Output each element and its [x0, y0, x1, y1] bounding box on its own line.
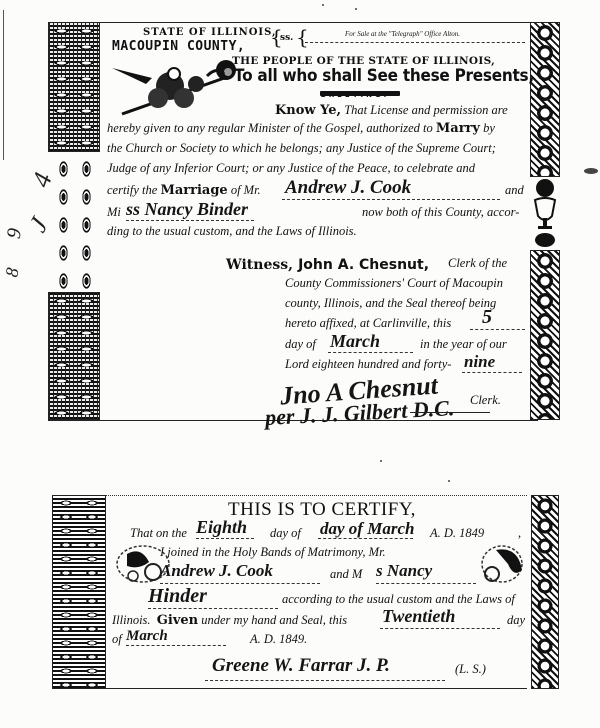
bride-first-cert-handwritten: s Nancy	[376, 561, 432, 581]
left-ornamental-border-bottom	[48, 292, 100, 420]
license-body-line-4: Judge of any Inferior Court; or any Just…	[107, 161, 475, 176]
bride-first-cert-line	[376, 583, 476, 584]
margin-note-3: 9	[3, 227, 27, 241]
clerk-suffix: Clerk.	[470, 393, 501, 408]
signature-underline	[410, 412, 490, 413]
seal-mark: (L. S.)	[455, 662, 486, 677]
and-miss-label: and M	[330, 567, 362, 582]
certificate-line-6-prefix: of	[112, 632, 122, 647]
certificate-title: THIS IS TO CERTIFY,	[228, 499, 416, 521]
scan-speck	[448, 480, 450, 482]
issue-year-line	[462, 372, 522, 373]
know-ye-line: Know Ye, That License and permission are	[275, 103, 508, 118]
certificate-line-1-prefix: That on the	[130, 526, 187, 541]
officiant-signature-handwritten: Greene W. Farrar J. P.	[212, 655, 390, 677]
given-word: Given	[157, 613, 198, 628]
license-body-line-5: certify the Marriage of Mr.	[107, 183, 261, 198]
floral-torch-emblem-icon	[112, 58, 240, 120]
issue-month-handwritten: March	[330, 331, 380, 352]
county-heading: MACOUPIN COUNTY,	[112, 39, 245, 54]
and-word: and	[505, 183, 524, 198]
given-month-line	[126, 645, 226, 646]
issue-day-handwritten: 5	[482, 306, 492, 329]
certificate-left-border	[52, 495, 106, 689]
greeting-heading: GREETING.	[320, 91, 400, 96]
scan-speck	[584, 168, 598, 174]
marriage-month-handwritten: day of March	[320, 519, 414, 539]
header-dashed-rule	[305, 42, 525, 43]
bride-name-handwritten: ss Nancy Binder	[126, 199, 248, 220]
groom-name-handwritten: Andrew J. Cook	[285, 177, 411, 199]
certificate-line-1-comma: ,	[518, 526, 521, 541]
groom-name-cert-handwritten: Andrew J. Cook	[160, 561, 273, 581]
marriage-word: Marriage	[160, 183, 227, 198]
bird-emblem-right-icon	[478, 540, 528, 590]
left-ornamental-border-top	[48, 22, 100, 152]
witness-line-7: Lord eighteen hundred and forty-	[285, 357, 451, 372]
certificate-line-1-ad: A. D. 1849	[430, 526, 484, 541]
bride-last-cert-line	[148, 608, 278, 609]
marry-word: Marry	[436, 121, 480, 136]
license-body-line-3: the Church or Society to which he belong…	[107, 141, 496, 156]
license-body-line-2: hereby given to any regular Minister of …	[107, 121, 495, 136]
witness-line-5: day of	[285, 337, 316, 352]
given-day-line	[380, 628, 500, 629]
scan-speck	[355, 8, 357, 10]
state-heading: STATE OF ILLINOIS,	[143, 27, 276, 38]
license-body-line-6: now both of this County, accor-	[362, 205, 519, 220]
brace-right-icon: {	[296, 27, 309, 47]
marriage-month-line	[318, 538, 413, 539]
bride-last-cert-handwritten: Hinder	[148, 585, 207, 608]
witness-label: Witness,	[226, 257, 293, 273]
scan-speck	[322, 4, 324, 6]
certificate-line-6-ad: A. D. 1849.	[250, 632, 307, 647]
certificate-top-rule	[52, 495, 527, 496]
license-body-line-7: ding to the usual custom, and the Laws o…	[107, 224, 357, 239]
certificate-line-1-mid: day of	[270, 526, 301, 541]
bride-name-line	[126, 220, 254, 221]
witness-line-1: Clerk of the	[448, 256, 507, 271]
witness-line: Witness, John A. Chesnut,	[226, 254, 429, 273]
witness-line-2: County Commissioners' Court of Macoupin	[285, 276, 503, 291]
certificate-line-5: Illinois. Given under my hand and Seal, …	[112, 613, 347, 628]
left-floral-column	[52, 155, 98, 295]
certificate-right-border	[531, 495, 559, 689]
issue-month-line	[328, 352, 413, 353]
know-ye: Know Ye,	[275, 103, 341, 118]
ss-mark: ss.	[280, 33, 293, 43]
miss-prefix: Mi	[107, 205, 121, 220]
license-top-rule	[48, 22, 538, 23]
given-day-handwritten: Twentieth	[382, 606, 455, 627]
left-page-edge	[3, 10, 4, 160]
presents-heading: To all who shall See these Presents,	[234, 66, 534, 86]
given-month-handwritten: March	[126, 628, 168, 645]
right-ornamental-border-bottom	[530, 250, 560, 420]
groom-name-line	[282, 199, 500, 200]
scan-speck	[380, 460, 382, 462]
issue-year-handwritten: nine	[464, 352, 495, 372]
groom-name-cert-line	[160, 583, 320, 584]
right-ornamental-border-top	[530, 22, 560, 177]
for-sale-note: For Sale at the "Telegraph" Office Alton…	[345, 30, 460, 38]
certificate-line-4: according to the usual custom and the La…	[282, 592, 515, 607]
certificate-bottom-rule	[52, 688, 527, 689]
marriage-day-line	[196, 538, 254, 539]
issue-day-line	[470, 329, 525, 330]
marriage-day-handwritten: Eighth	[196, 517, 247, 538]
witness-line-4: hereto affixed, at Carlinville, this	[285, 316, 451, 331]
certificate-line-2: I joined in the Holy Bands of Matrimony,…	[160, 545, 386, 560]
certificate-line-5-suffix: day	[507, 613, 525, 628]
margin-note-4: 8	[1, 266, 23, 279]
urn-emblem-icon	[530, 178, 560, 250]
officiant-signature-line	[205, 680, 445, 681]
witness-line-3: county, Illinois, and the Seal thereof b…	[285, 296, 496, 311]
witness-line-6: in the year of our	[420, 337, 507, 352]
margin-note-2: J	[23, 213, 55, 238]
clerk-name: John A. Chesnut,	[298, 257, 429, 273]
